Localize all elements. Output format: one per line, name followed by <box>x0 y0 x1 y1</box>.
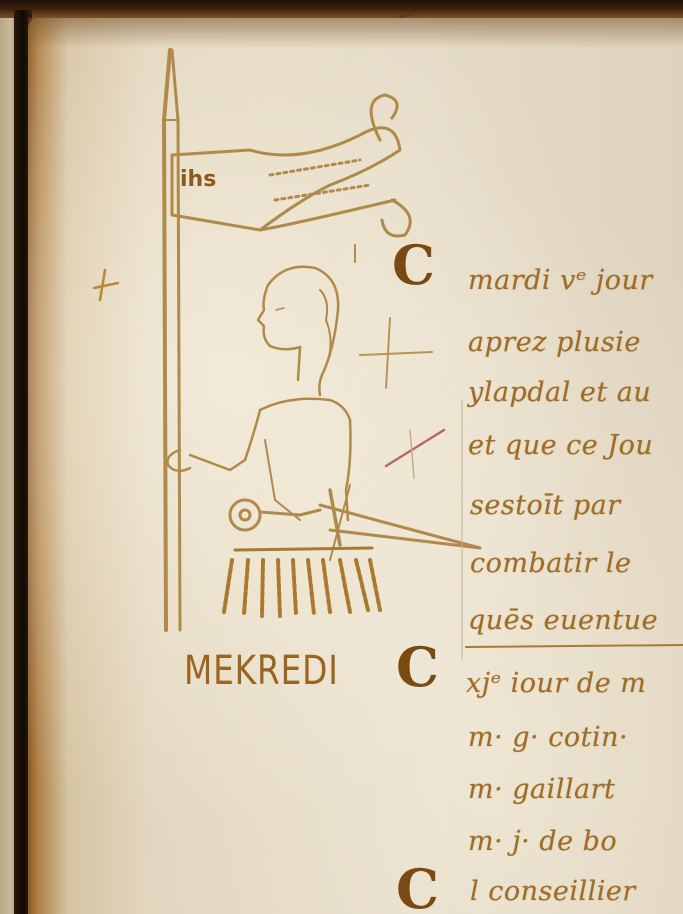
initial-letter: C <box>396 862 439 914</box>
text-line: l conseillier <box>470 876 636 907</box>
text-line: et que ce Jou <box>468 430 653 461</box>
banner-text: ihs <box>180 167 216 192</box>
text-line: xjᵉ iour de m <box>466 668 646 699</box>
figure-head-icon <box>258 267 338 395</box>
lance-icon <box>164 50 180 630</box>
manuscript-photo: ihs MEKREDI C mardi vᵉ jour aprez plusie… <box>0 0 683 914</box>
initial-letter: C <box>392 238 435 292</box>
text-line: combatir le <box>470 548 631 579</box>
initial-letter: C <box>396 640 439 694</box>
text-line: m· j· de bo <box>468 826 617 857</box>
ruled-line <box>466 645 683 647</box>
figure-torso-icon <box>168 399 351 520</box>
skirt-fringe-icon <box>224 548 380 616</box>
text-line: aprez plusie <box>468 327 641 358</box>
margin-cross-icon <box>94 270 118 300</box>
red-cross-icon <box>386 430 444 478</box>
margin-cross-icon <box>360 318 432 388</box>
text-line: mardi vᵉ jour <box>468 265 653 296</box>
drawing-caption: MEKREDI <box>184 648 339 694</box>
text-line: m· g· cotin· <box>468 722 628 753</box>
text-line: quēs euentue <box>468 605 658 636</box>
text-line: m· gaillart <box>468 774 615 805</box>
ink-speck <box>400 15 410 17</box>
text-line: sestoīt par <box>470 490 621 521</box>
text-line: ylapdal et au <box>468 377 651 408</box>
